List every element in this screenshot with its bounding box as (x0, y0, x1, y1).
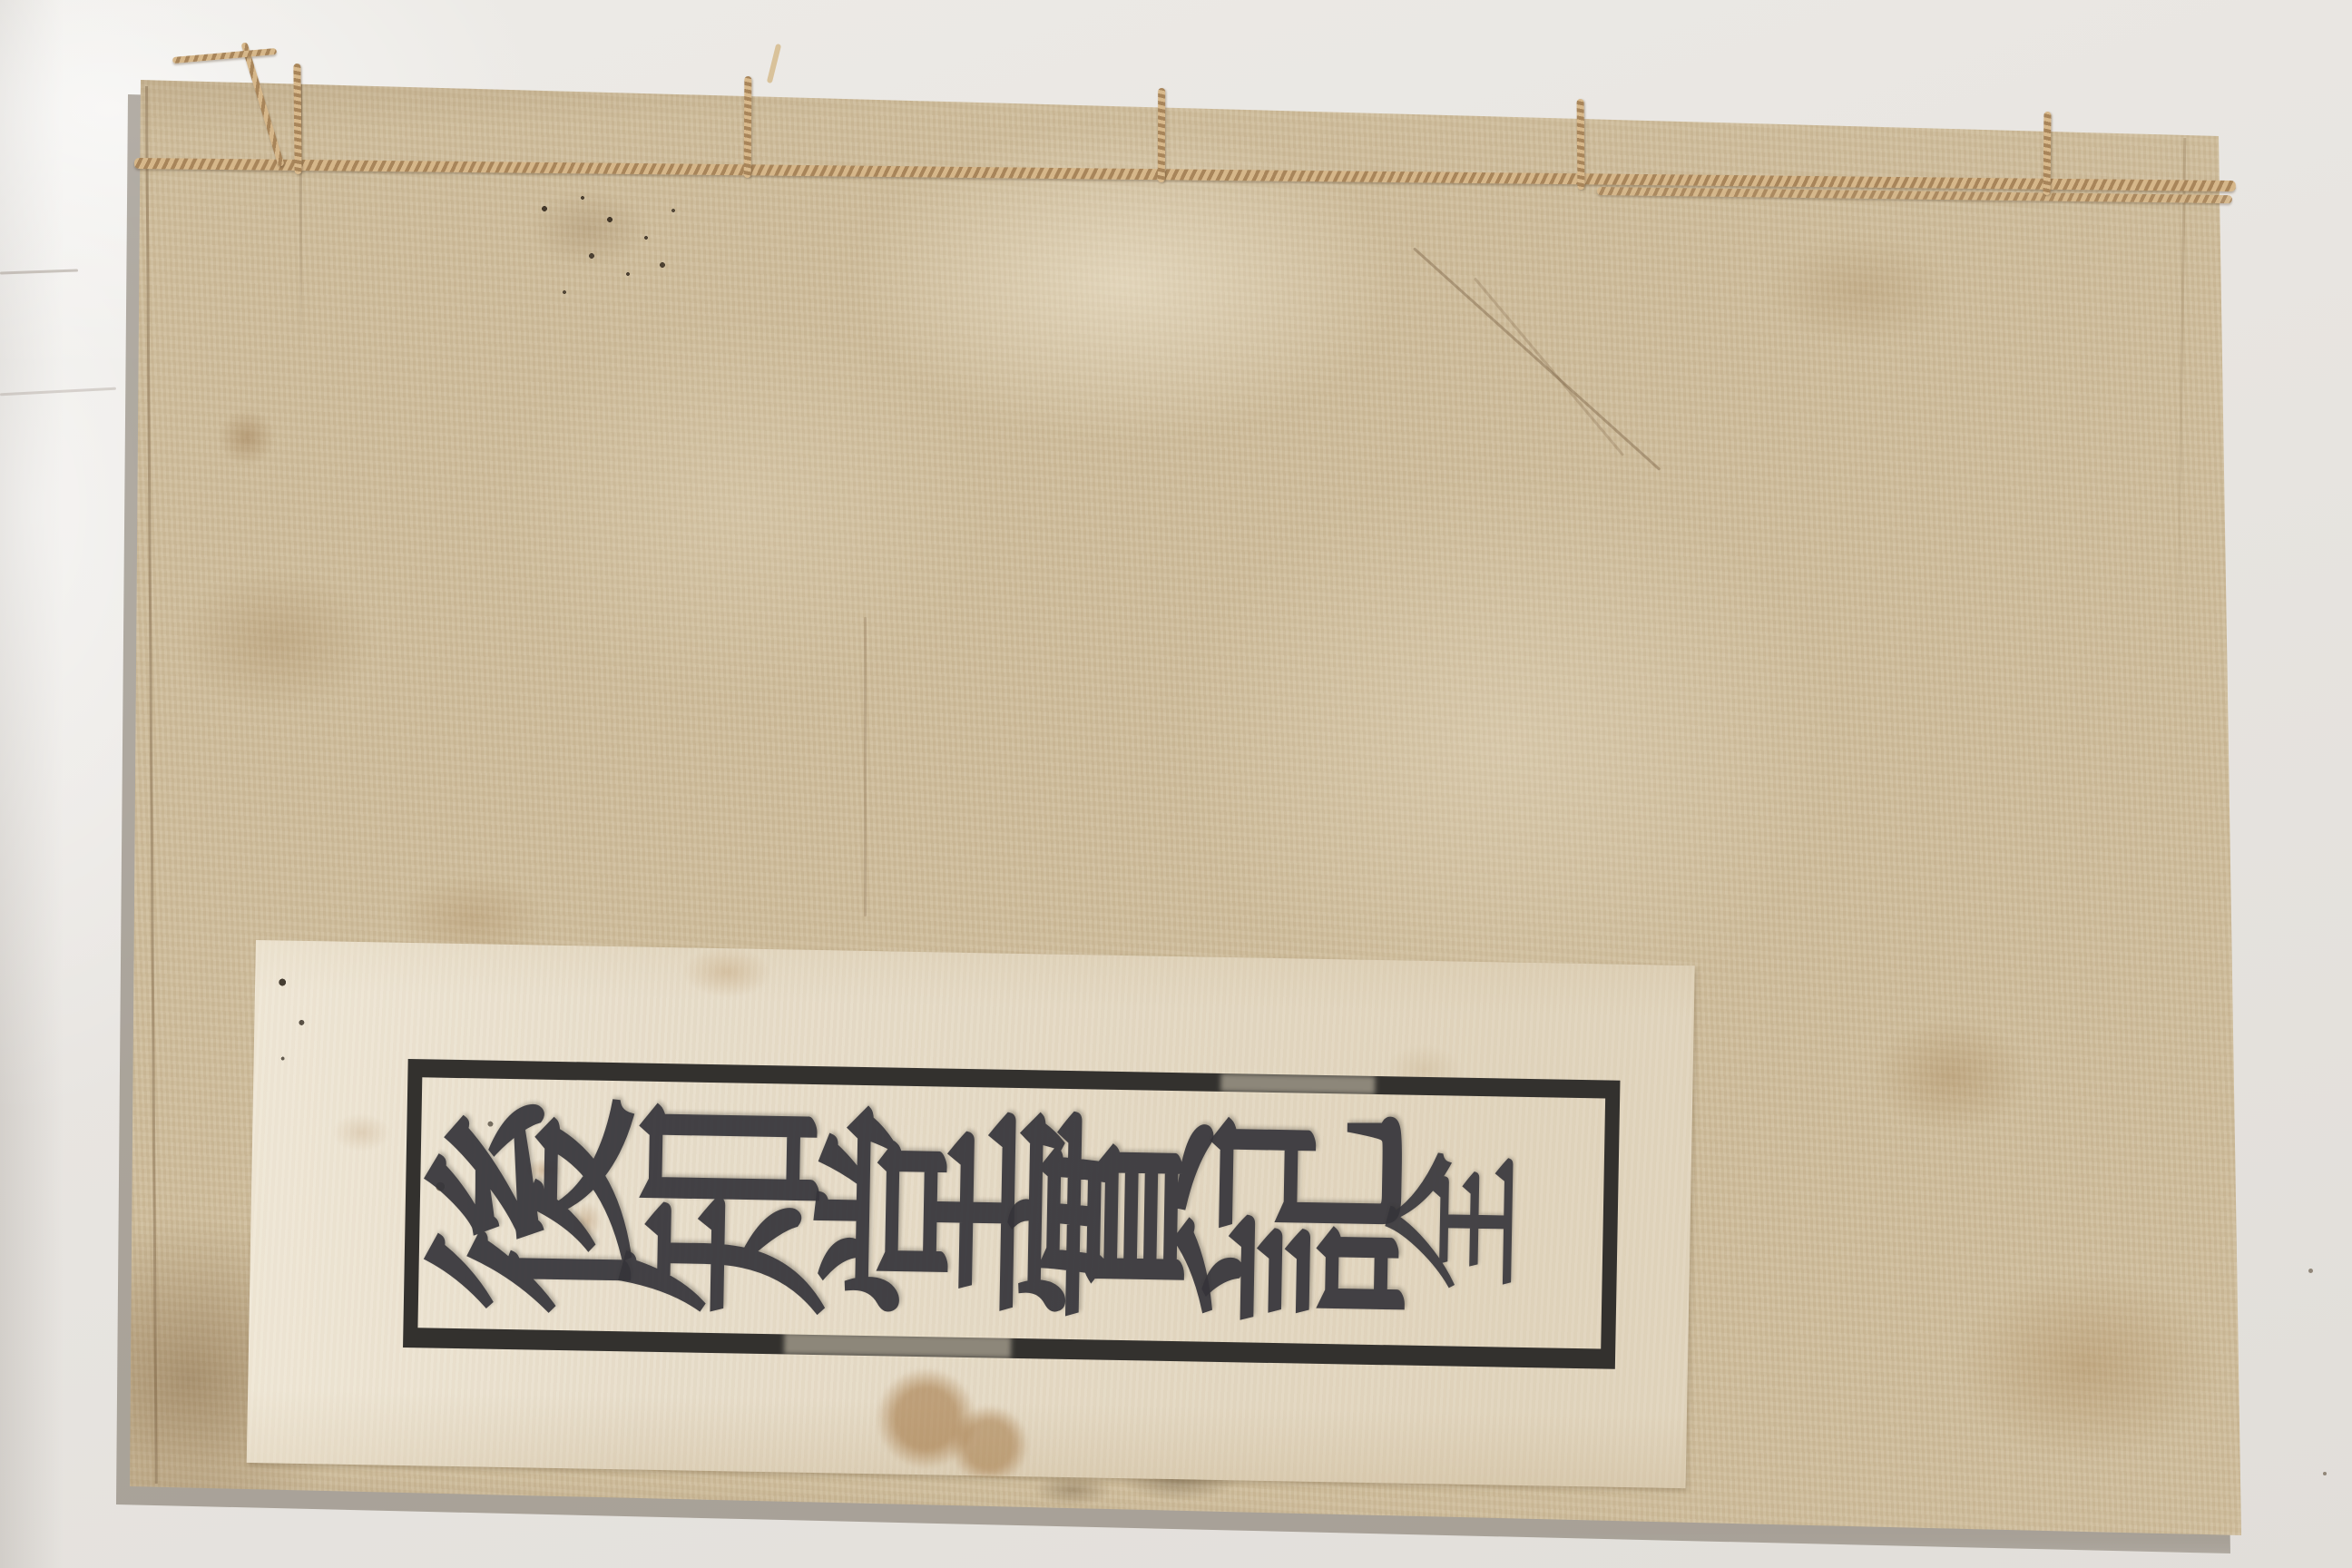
ink-speckles (526, 181, 726, 327)
volume-char: 全 (1387, 1151, 1527, 1291)
cover-crease (1474, 278, 1624, 456)
binding-thread-loop (744, 76, 752, 178)
left-edge-page-line (145, 86, 158, 1484)
cover-crease (1413, 247, 1661, 470)
cover-crease (864, 617, 867, 916)
title-frame-border: 後 知 堂 實 記 全 (403, 1059, 1620, 1369)
label-stain (860, 1361, 1071, 1477)
backdrop-speck (2323, 1472, 2327, 1475)
backdrop-speck (2308, 1269, 2313, 1273)
binding-thread-loop (1158, 88, 1165, 182)
binding-thread-loop (1577, 99, 1585, 190)
backdrop-scratch (0, 387, 116, 397)
binding-thread-loop (293, 64, 301, 174)
binding-thread-loop (2043, 112, 2052, 195)
backdrop-scratch (0, 269, 78, 275)
binding-thread-end (767, 44, 781, 83)
photo-backdrop: 後 知 堂 實 記 全 (0, 0, 2352, 1568)
book-cover: 後 知 堂 實 記 全 (0, 0, 2352, 1568)
corner-paper-cord (172, 48, 277, 64)
right-edge-crease (2176, 138, 2187, 701)
volume-char-cell: 全 (1387, 1151, 1526, 1290)
title-label-slip: 後 知 堂 實 記 全 (247, 940, 1695, 1488)
